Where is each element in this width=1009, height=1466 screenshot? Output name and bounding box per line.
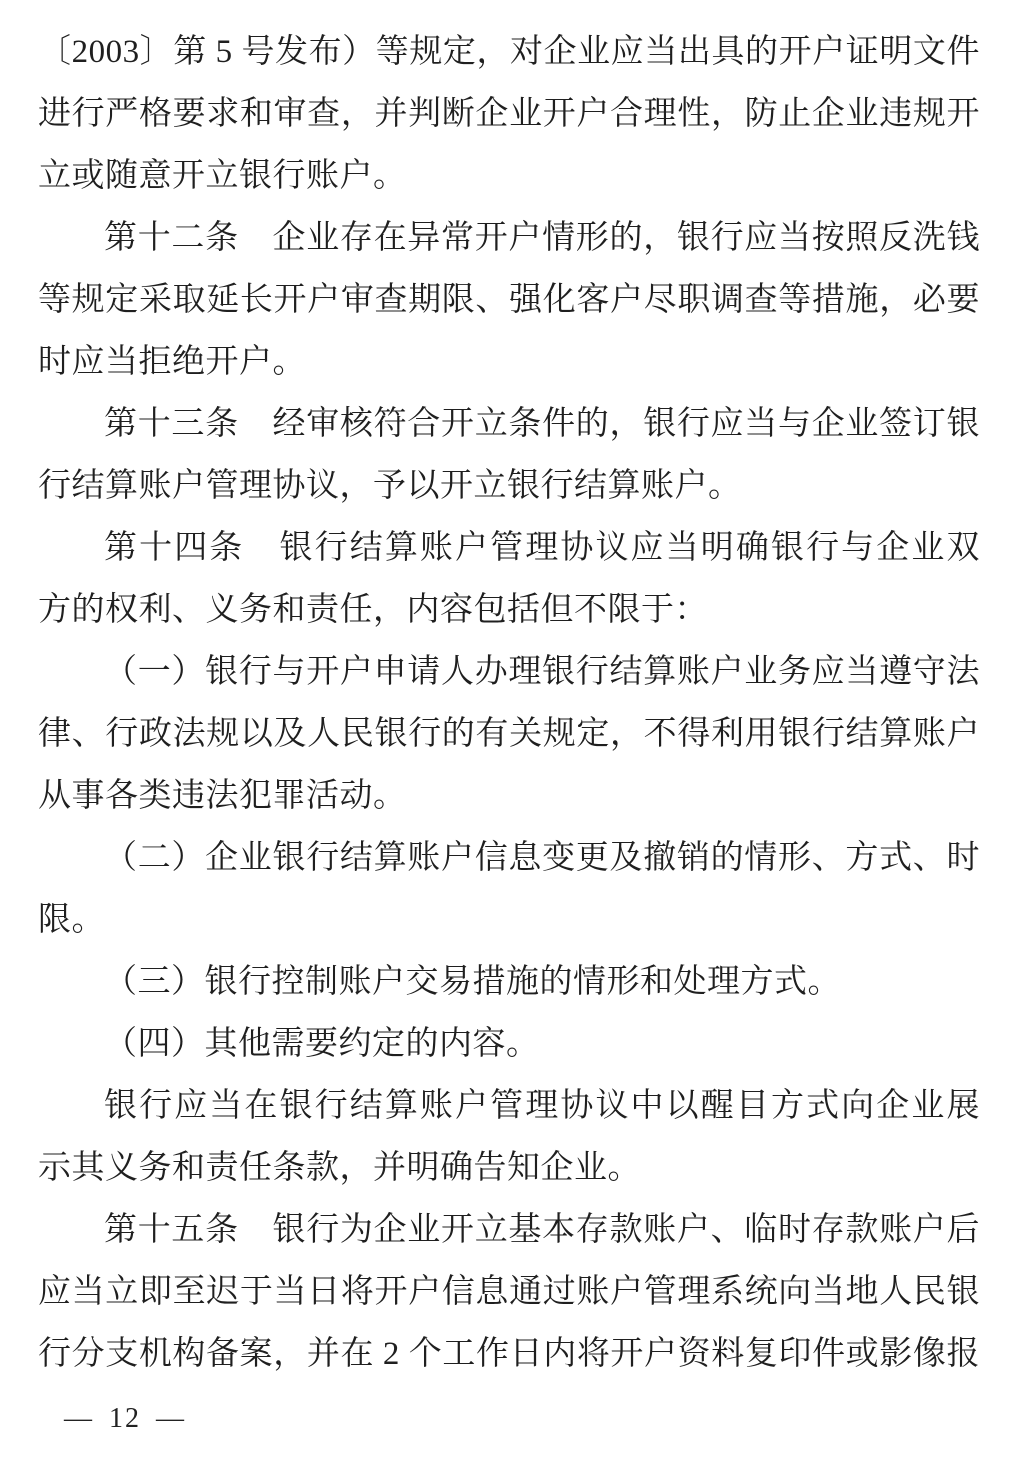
text-line: （四）其他需要约定的内容。 [38,1013,980,1075]
text-line: （三）银行控制账户交易措施的情形和处理方式。 [38,951,980,1013]
text-line: 进行严格要求和审查，并判断企业开户合理性，防止企业违规开 [38,83,980,145]
text-line: 示其义务和责任条款，并明确告知企业。 [38,1137,980,1199]
page-number: — 12 — [38,1403,186,1434]
text-line: 时应当拒绝开户。 [38,331,980,393]
text-line: 〔2003〕第 5 号发布）等规定，对企业应当出具的开户证明文件 [38,21,980,83]
text-line: 律、行政法规以及人民银行的有关规定，不得利用银行结算账户 [38,703,980,765]
text-line: 银行应当在银行结算账户管理协议中以醒目方式向企业展 [38,1075,980,1137]
text-line: 等规定采取延长开户审查期限、强化客户尽职调查等措施，必要 [38,269,980,331]
document-page: 〔2003〕第 5 号发布）等规定，对企业应当出具的开户证明文件进行严格要求和审… [0,0,1009,1466]
text-line: 应当立即至迟于当日将开户信息通过账户管理系统向当地人民银 [38,1261,980,1323]
text-line: 从事各类违法犯罪活动。 [38,765,980,827]
text-line: 方的权利、义务和责任，内容包括但不限于： [38,579,980,641]
text-line: 第十五条 银行为企业开立基本存款账户、临时存款账户后 [38,1199,980,1261]
text-line: 行结算账户管理协议，予以开立银行结算账户。 [38,455,980,517]
text-line: （一）银行与开户申请人办理银行结算账户业务应当遵守法 [38,641,980,703]
text-line: 第十四条 银行结算账户管理协议应当明确银行与企业双 [38,517,980,579]
text-line: 立或随意开立银行账户。 [38,145,980,207]
document-body: 〔2003〕第 5 号发布）等规定，对企业应当出具的开户证明文件进行严格要求和审… [38,21,980,1385]
text-line: 第十二条 企业存在异常开户情形的，银行应当按照反洗钱 [38,207,980,269]
page-footer: — 12 — [38,1398,186,1440]
text-line: （二）企业银行结算账户信息变更及撤销的情形、方式、时 [38,827,980,889]
text-line: 第十三条 经审核符合开立条件的，银行应当与企业签订银 [38,393,980,455]
text-line: 行分支机构备案，并在 2 个工作日内将开户资料复印件或影像报 [38,1323,980,1385]
text-line: 限。 [38,889,980,951]
